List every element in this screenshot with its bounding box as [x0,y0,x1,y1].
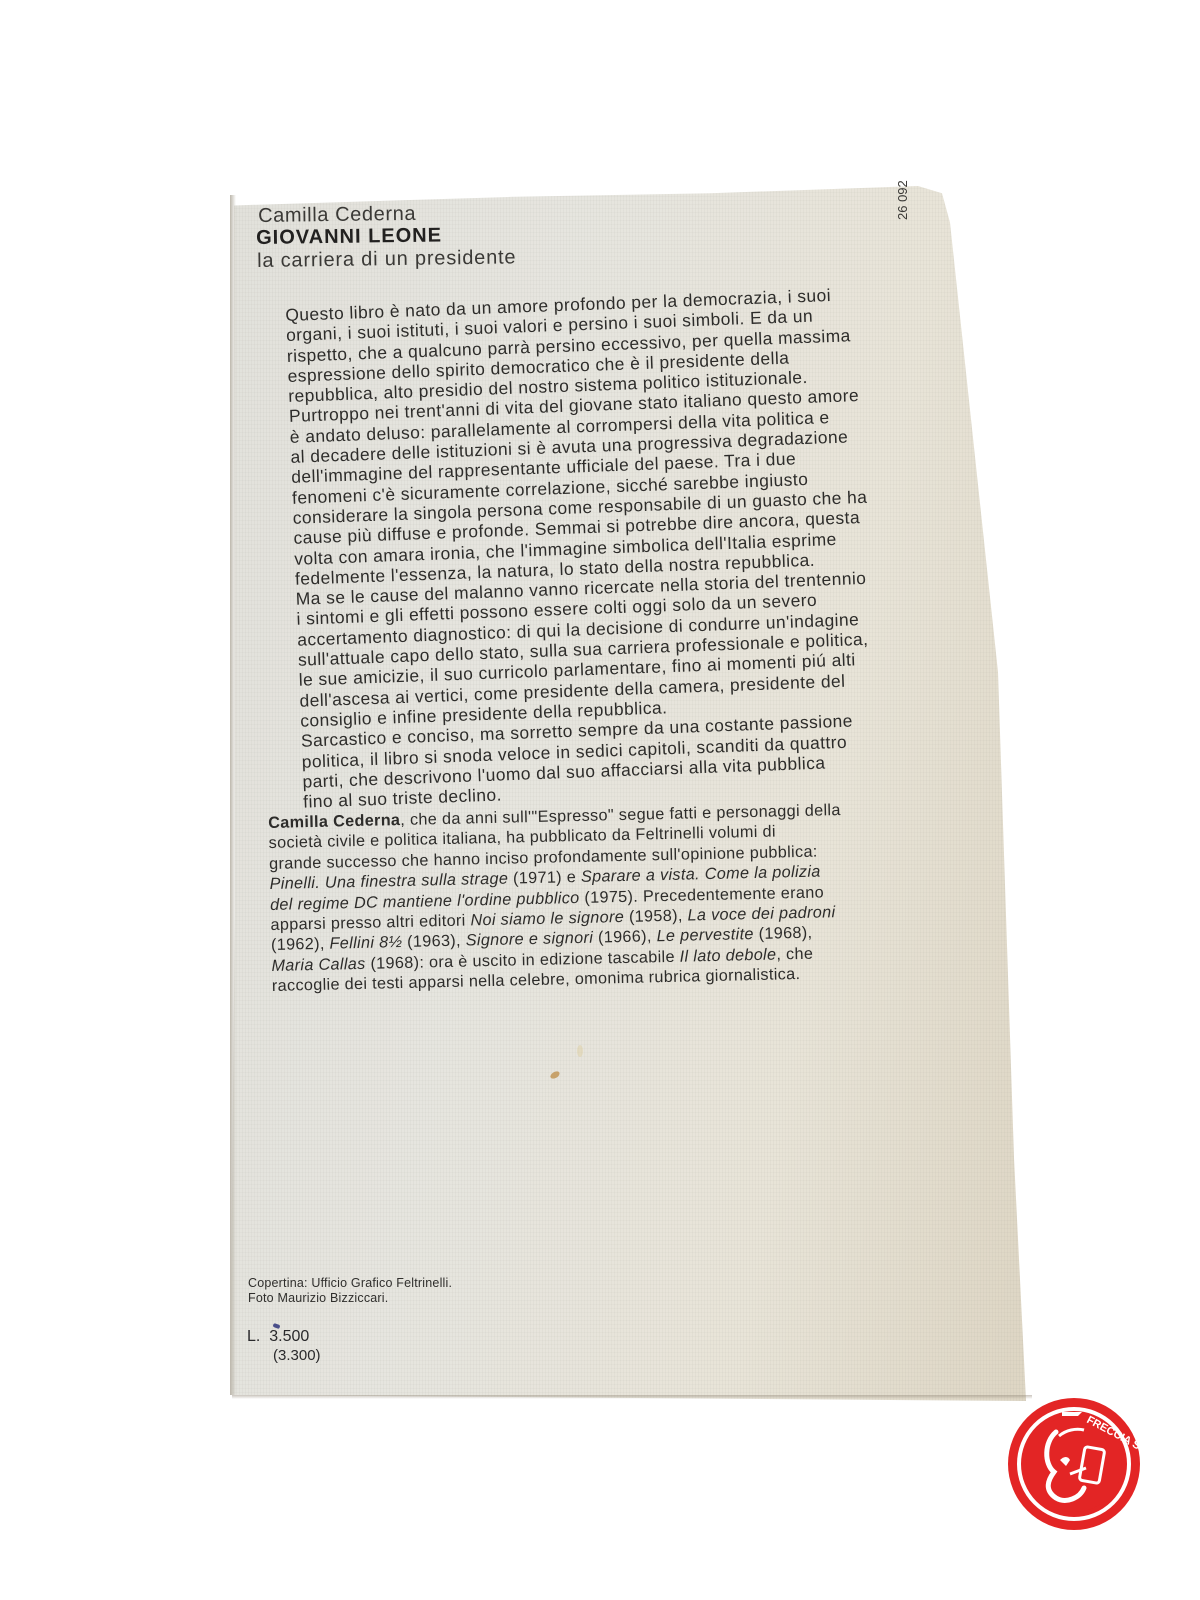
book-title: GIOVANNI LEONE [256,224,442,250]
author-bio: Camilla Cederna, che da anni sull'"Espre… [268,797,992,997]
price-label: L. 3.500 (3.300) [247,1327,321,1365]
book-bottom-edge [232,1395,1032,1399]
price-previous: (3.300) [247,1346,321,1365]
credits: Copertina: Ufficio Grafico Feltrinelli. … [248,1276,452,1306]
book-subtitle: la carriera di un presidente [257,246,516,273]
blurb-text: Questo libro è nato da un amore profondo… [285,279,1023,812]
stain-mark-faint [577,1045,583,1057]
photo-credit: Foto Maurizio Bizziccari. [248,1291,452,1306]
freccia-service-logo-icon: FRECCIA SERVICE [1004,1394,1144,1534]
cover-credit: Copertina: Ufficio Grafico Feltrinelli. [248,1276,452,1291]
catalog-number: 26 092 [895,180,910,220]
price-current: L. 3.500 [247,1328,309,1345]
book-spine-edge [230,195,236,1395]
